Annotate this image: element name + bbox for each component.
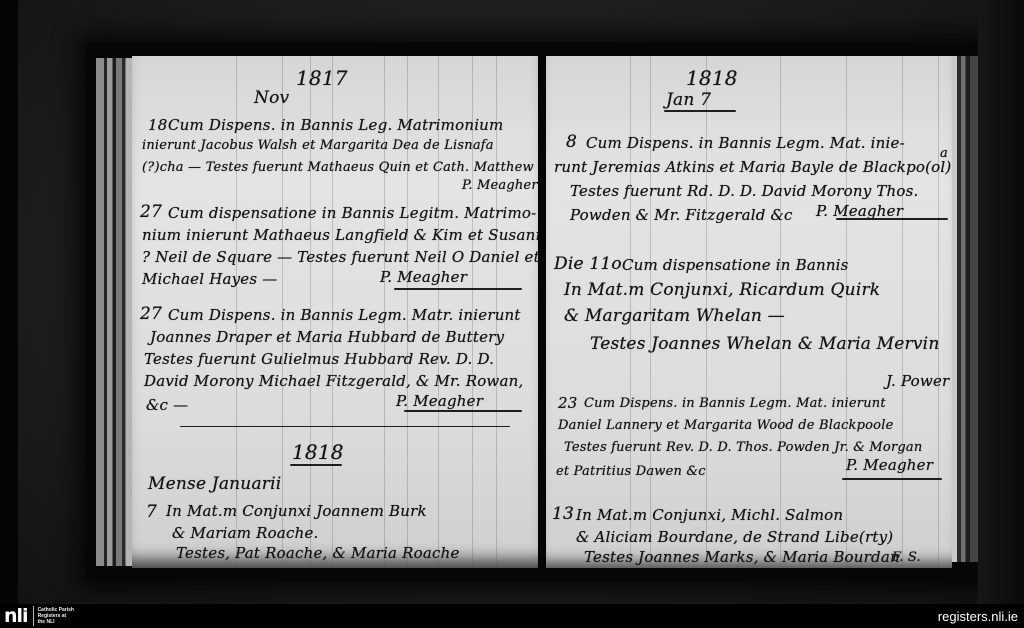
entry-line: Michael Hayes — xyxy=(142,270,277,288)
signature-underline xyxy=(394,288,522,290)
ruled-line xyxy=(902,56,903,568)
month-header: Nov xyxy=(254,88,289,108)
entry-line: Cum dispensatione in Bannis xyxy=(622,256,849,274)
entry-signature: J. Power xyxy=(886,372,949,390)
entry-line: inierunt Jacobus Walsh et Margarita Dea … xyxy=(142,138,494,153)
entry-line: Cum Dispens. in Bannis Legm. Mat. inieru… xyxy=(584,396,886,411)
entry-line: Joannes Draper et Maria Hubbard de Butte… xyxy=(150,328,504,346)
entry-signature: P. Meagher xyxy=(396,392,483,410)
nli-logo-icon: nli xyxy=(4,606,34,626)
footer-bar: nli Catholic Parish Registers at the NLI… xyxy=(0,604,1024,628)
entry-day: 8 xyxy=(566,132,577,152)
brand-line: the NLI xyxy=(38,619,78,625)
entry-day: 18 xyxy=(148,116,168,134)
entry-line: runt Jeremias Atkins et Maria Bayle de B… xyxy=(554,158,951,176)
book-page-edges-right xyxy=(952,56,978,562)
entry-line: &c — xyxy=(146,396,188,414)
entry-line: et Patritius Dawen &c xyxy=(556,464,706,479)
month-underline xyxy=(664,110,736,112)
entry-day: 27 xyxy=(140,304,162,324)
entry-line: In Mat.m Conjunxi, Ricardum Quirk xyxy=(564,280,880,300)
month-header: Jan 7 xyxy=(666,90,711,110)
entry-line: Testes fuerunt Gulielmus Hubbard Rev. D.… xyxy=(144,350,494,368)
entry-line: Cum Dispens. in Bannis Legm. Matr. inier… xyxy=(168,306,521,324)
book-page-edges-left xyxy=(96,58,132,566)
entry-line: Testes fuerunt Rd. D. D. David Morony Th… xyxy=(570,182,919,200)
section-year: 1818 xyxy=(292,440,344,464)
entry-line: Testes Joannes Whelan & Maria Mervin xyxy=(590,334,939,354)
entry-day: 27 xyxy=(140,202,162,222)
year-header: 1817 xyxy=(296,66,348,90)
entry-line: & Margaritam Whelan — xyxy=(564,306,785,326)
ruled-line xyxy=(846,56,847,568)
site-url-link[interactable]: registers.nli.ie xyxy=(938,609,1024,624)
section-month: Mense Januarii xyxy=(148,474,281,494)
entry-day: 23 xyxy=(558,394,578,412)
entry-line: In Mat.m Conjunxi Joannem Burk xyxy=(166,502,427,520)
entry-signature: F. S. xyxy=(892,550,921,565)
image-viewer[interactable]: 1817 Nov 18 Cum Dispens. in Bannis Leg. … xyxy=(0,0,1024,604)
entry-day: 7 xyxy=(146,502,157,522)
nli-brand[interactable]: nli Catholic Parish Registers at the NLI xyxy=(0,604,78,628)
entry-line: David Morony Michael Fitzgerald, & Mr. R… xyxy=(144,372,523,390)
entry-signature: P. Meagher xyxy=(380,268,467,286)
signature-underline xyxy=(836,218,948,220)
entry-line: Cum Dispens. in Bannis Legm. Mat. inie- xyxy=(586,134,905,152)
margin-mark: a xyxy=(940,146,948,161)
entry-line: ? Neil de Square — Testes fuerunt Neil O… xyxy=(142,248,538,266)
signature-underline xyxy=(842,478,942,480)
entry-line: Testes Joannes Marks, & Maria Bourdan xyxy=(584,548,900,566)
ruled-line xyxy=(938,56,939,568)
entry-line: & Aliciam Bourdane, de Strand Libe(rty) xyxy=(576,528,893,546)
entry-line: (?)cha — Testes fuerunt Mathaeus Quin et… xyxy=(142,160,534,175)
entry-line: Testes fuerunt Rev. D. D. Thos. Powden J… xyxy=(564,440,922,455)
section-divider xyxy=(180,426,510,427)
entry-line: nium inierunt Mathaeus Langfield & Kim e… xyxy=(142,226,538,244)
entry-line: Daniel Lannery et Margarita Wood de Blac… xyxy=(558,418,893,433)
entry-line: Cum Dispens. in Bannis Leg. Matrimonium xyxy=(168,116,503,134)
entry-signature: P. Meagher xyxy=(846,456,933,474)
entry-line: Testes, Pat Roache, & Maria Roache xyxy=(176,544,460,562)
book-gutter xyxy=(538,52,546,572)
left-page: 1817 Nov 18 Cum Dispens. in Bannis Leg. … xyxy=(132,56,538,568)
year-header: 1818 xyxy=(686,66,738,90)
entry-line: Powden & Mr. Fitzgerald &c xyxy=(570,206,793,224)
entry-signature: P. Meagher xyxy=(462,178,538,193)
entry-line: & Mariam Roache. xyxy=(172,524,319,542)
year-underline xyxy=(290,464,342,466)
entry-day: 13 xyxy=(552,504,574,524)
brand-text: Catholic Parish Registers at the NLI xyxy=(38,607,78,625)
right-page: 1818 Jan 7 8 Cum Dispens. in Bannis Legm… xyxy=(546,56,952,568)
entry-day: Die 11o xyxy=(554,254,622,274)
entry-line: Cum dispensatione in Bannis Legitm. Matr… xyxy=(168,204,536,222)
signature-underline xyxy=(404,410,522,412)
entry-line: In Mat.m Conjunxi, Michl. Salmon xyxy=(576,506,843,524)
